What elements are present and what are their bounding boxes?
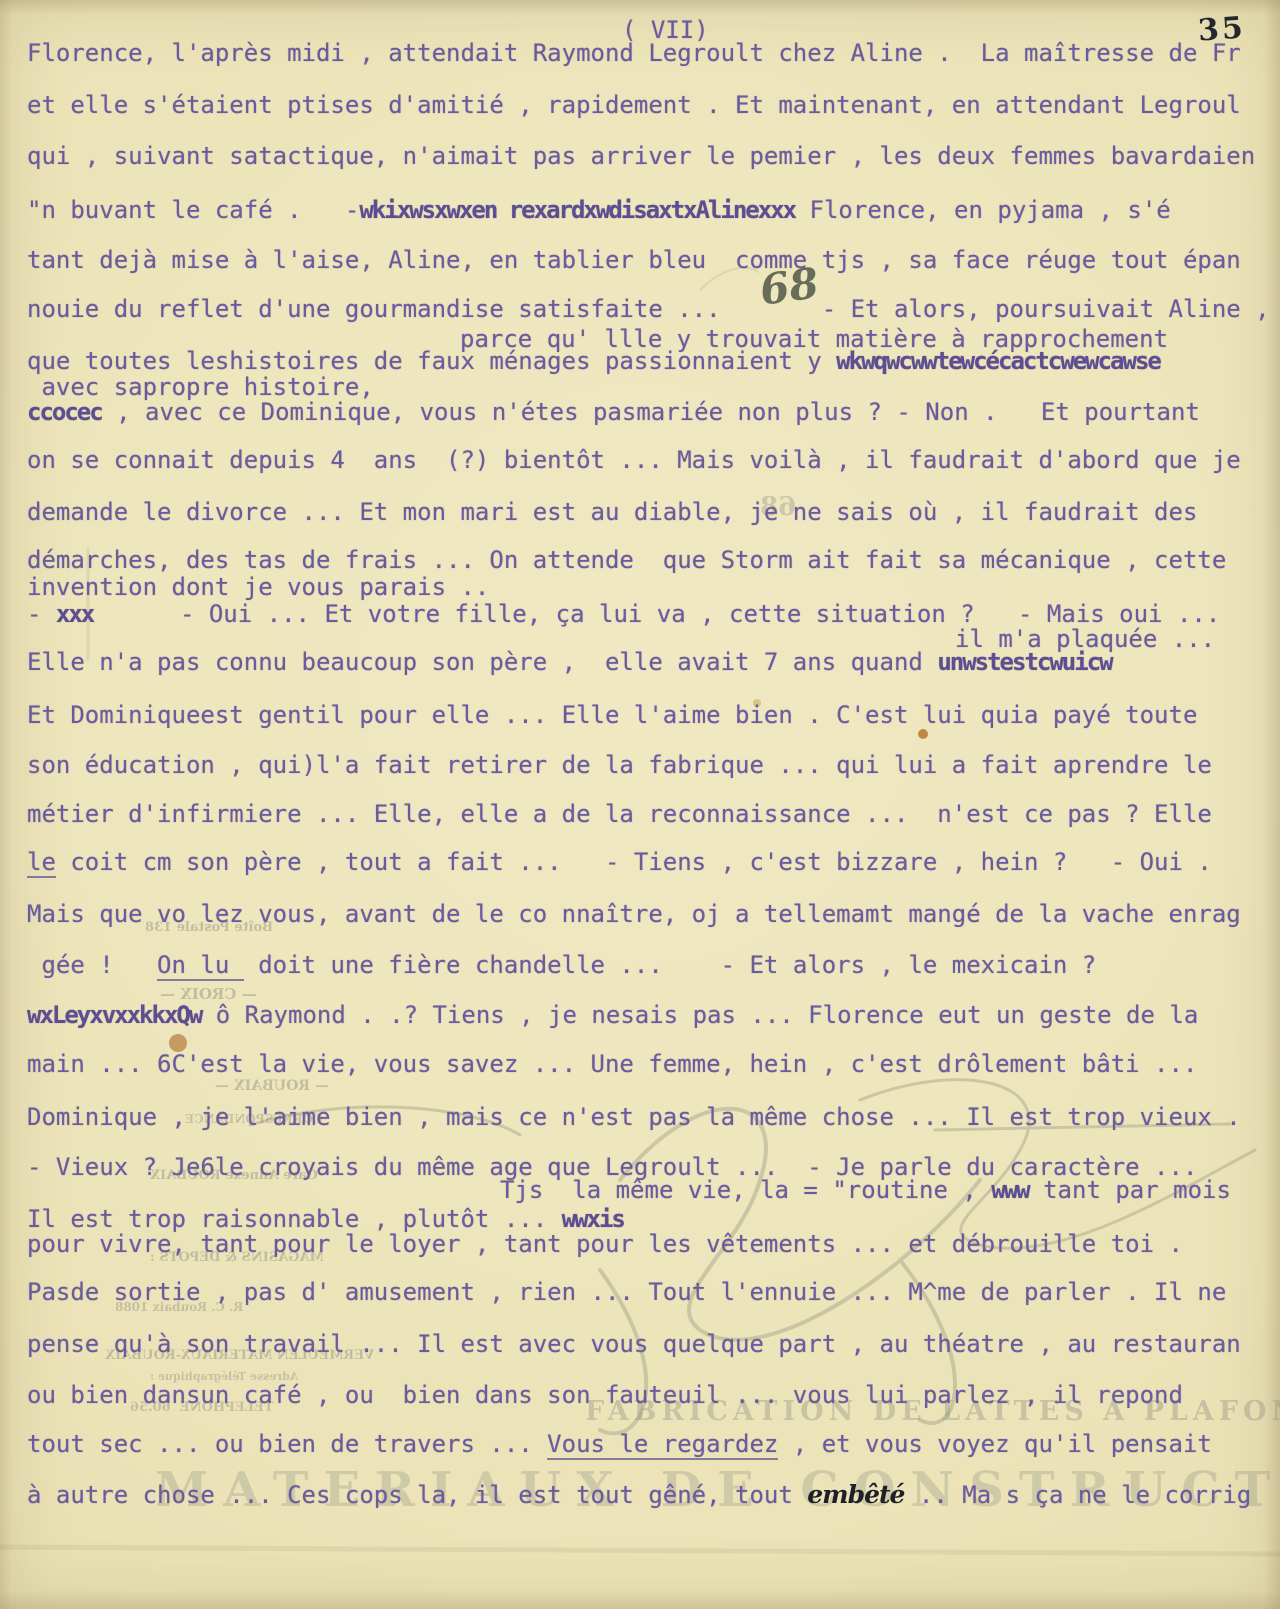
typescript-line: démarches, des tas de frais ... On atten… <box>27 547 1226 573</box>
typescript-line: "n buvant le café . -wkixwsxwxen rexardx… <box>27 197 1171 223</box>
typescript-line: son éducation , qui)l'a fait retirer de … <box>27 752 1212 778</box>
typescript-line: Il est trop raisonnable , plutôt ... wwx… <box>27 1206 624 1232</box>
typescript-line: Tjs la même vie, la = "routine , www tan… <box>500 1177 1231 1203</box>
typescript-line: Et Dominiqueest gentil pour elle ... Ell… <box>27 702 1197 728</box>
typescript-line: ccocec , avec ce Dominique, vous n'étes … <box>27 399 1200 425</box>
typescript-line: demande le divorce ... Et mon mari est a… <box>27 499 1197 525</box>
typescript-line: pour vivre, tant pour le loyer , tant po… <box>27 1231 1183 1257</box>
typescript-line: Dominique , je l'aime bien , mais ce n'e… <box>27 1104 1241 1130</box>
typescript-line: gée ! On lu doit une fière chandelle ...… <box>27 952 1096 978</box>
typescript-line: pense qu'à son travail ... Il est avec v… <box>27 1331 1241 1357</box>
typescript-line: métier d'infirmiere ... Elle, elle a de … <box>27 801 1212 827</box>
typescript-line: qui , suivant satactique, n'aimait pas a… <box>27 143 1255 169</box>
typescript-line: on se connait depuis 4 ans (?) bientôt .… <box>27 447 1241 473</box>
typescript-line: ou bien dansun café , ou bien dans son f… <box>27 1382 1183 1408</box>
typescript-line: wxLeyxvxxkkxQw ô Raymond . .? Tiens , je… <box>27 1002 1198 1028</box>
typescript-line: - xxx - Oui ... Et votre fille, ça lui v… <box>27 601 1220 627</box>
typescript-line: nouie du reflet d'une gourmandise satisf… <box>27 296 1270 322</box>
manuscript-page: Boîte Postale 138— CROIX —— ROUBAIX —COR… <box>0 0 1280 1609</box>
typescript-line: que toutes leshistoires de faux ménages … <box>27 348 1160 374</box>
typescript-line: Elle n'a pas connu beaucoup son père , e… <box>27 649 1112 675</box>
typescript-line: et elle s'étaient ptises d'amitié , rapi… <box>27 92 1241 118</box>
typescript-line: tant dejà mise à l'aise, Aline, en tabli… <box>27 247 1241 273</box>
typescript-line: tout sec ... ou bien de travers ... Vous… <box>27 1431 1212 1457</box>
typescript-line: Florence, l'après midi , attendait Raymo… <box>27 40 1241 66</box>
typescript-line: main ... 6C'est la vie, vous savez ... U… <box>27 1051 1197 1077</box>
typescript-line: Mais que vo lez vous, avant de le co nna… <box>27 901 1241 927</box>
typescript-line: à autre chose ... Ces cops la, il est to… <box>27 1482 1251 1508</box>
typescript-line: invention dont je vous parais .. <box>27 574 489 600</box>
typescript-line: avec sapropre histoire, <box>27 374 374 400</box>
typescript-line: Pasde sortie , pas d' amusement , rien .… <box>27 1279 1226 1305</box>
typescript-line: le coit cm son père , tout a fait ... - … <box>27 849 1212 875</box>
